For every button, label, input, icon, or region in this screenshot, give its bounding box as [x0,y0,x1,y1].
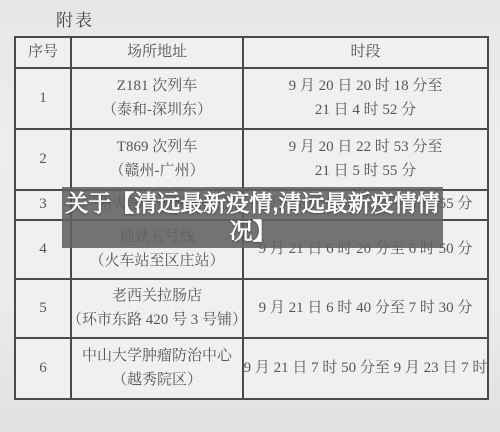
overlay-title-line2: 况】 [230,218,276,245]
document-page: 附表 序号 场所地址 时段 1 Z181 次列车 （泰和-深圳东） 9 月 20… [0,0,500,432]
time-line2: 21 日 5 时 55 分 [315,163,416,180]
table-row: 2 T869 次列车 （赣州-广州） 9 月 20 日 22 时 53 分至 2… [16,128,487,189]
table-row: 6 中山大学肿瘤防治中心 （越秀院区） 9 月 21 日 7 时 50 分至 9… [16,337,487,398]
place-line1: T869 次列车 [117,139,197,156]
place-line2: （火车站至区庄站） [89,253,224,270]
place-line1: 中山大学肿瘤防治中心 [82,348,232,365]
header-serial-number: 序号 [16,38,70,67]
row-number: 1 [16,67,70,128]
time-cell: 9 月 21 日 7 时 50 分至 9 月 23 日 7 时 [242,337,487,398]
time-cell: 9 月 20 日 20 时 18 分至 21 日 4 时 52 分 [242,67,487,128]
place-cell: 中山大学肿瘤防治中心 （越秀院区） [70,337,242,398]
row-number: 5 [16,278,70,337]
time-line1: 9 月 21 日 7 时 50 分至 9 月 23 日 7 时 [244,360,487,377]
place-line2: （赣州-广州） [110,163,205,180]
page-title: 附表 [56,6,94,31]
header-place-address: 场所地址 [70,38,242,67]
time-line2: 21 日 4 时 52 分 [315,102,416,119]
row-number: 6 [16,337,70,398]
row-number: 2 [16,128,70,189]
place-cell: 老西关拉肠店 （环市东路 420 号 3 号铺） [70,278,242,337]
time-cell: 9 月 20 日 22 时 53 分至 21 日 5 时 55 分 [242,128,487,189]
place-line2: （环市东路 420 号 3 号铺） [70,312,242,329]
time-line1: 9 月 20 日 22 时 53 分至 [289,139,443,156]
table-row: 1 Z181 次列车 （泰和-深圳东） 9 月 20 日 20 时 18 分至 … [16,67,487,128]
time-line1: 9 月 21 日 6 时 40 分至 7 时 30 分 [259,300,473,317]
watermark-title-overlay: 关于【清远最新疫情,清远最新疫情情 况】 [62,187,443,248]
overlay-title-line1: 关于【清远最新疫情,清远最新疫情情 [65,190,439,217]
place-line2: （越秀院区） [112,372,202,389]
place-line2: （泰和-深圳东） [102,102,212,119]
time-line1: 9 月 20 日 20 时 18 分至 [289,78,443,95]
place-line1: 老西关拉肠店 [112,288,202,305]
table-header-row: 序号 场所地址 时段 [16,38,487,67]
place-line1: Z181 次列车 [117,78,197,95]
place-cell: Z181 次列车 （泰和-深圳东） [70,67,242,128]
header-time-period: 时段 [242,38,487,67]
table-row: 5 老西关拉肠店 （环市东路 420 号 3 号铺） 9 月 21 日 6 时 … [16,278,487,337]
place-cell: T869 次列车 （赣州-广州） [70,128,242,189]
time-cell: 9 月 21 日 6 时 40 分至 7 时 30 分 [242,278,487,337]
